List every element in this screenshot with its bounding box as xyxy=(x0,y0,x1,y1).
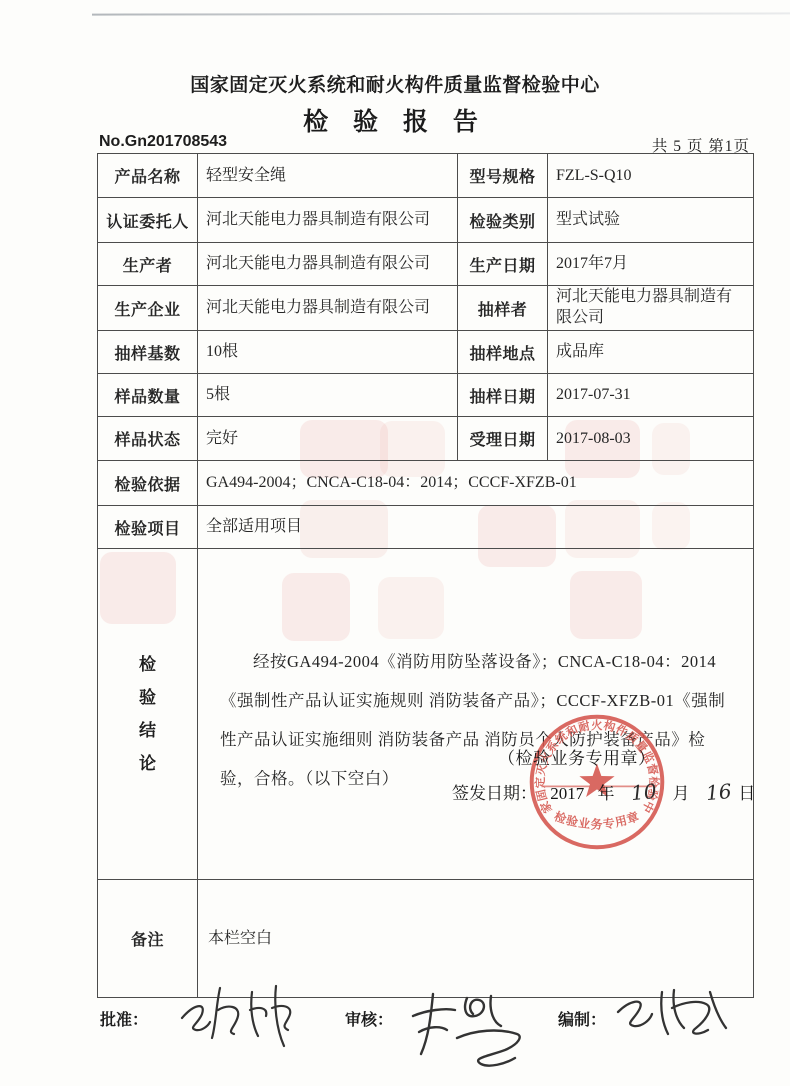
value-inspection-basis: GA494-2004；CNCA-C18-04：2014；CCCF-XFZB-01 xyxy=(198,461,754,506)
value-sampling-location: 成品库 xyxy=(548,331,754,374)
value-sample-quantity: 5根 xyxy=(198,374,458,417)
seal-note: （检验业务专用章） xyxy=(498,744,698,769)
label-sample-base: 抽样基数 xyxy=(98,331,198,374)
label-producer: 生产者 xyxy=(98,243,198,286)
issue-day-unit: 日 xyxy=(738,779,755,804)
label-inspection-items: 检验项目 xyxy=(98,506,198,549)
table-row: 产品名称 轻型安全绳 型号规格 FZL-S-Q10 xyxy=(98,154,754,198)
report-table: 产品名称 轻型安全绳 型号规格 FZL-S-Q10 认证委托人 河北天能电力器具… xyxy=(97,153,754,998)
label-cert-client: 认证委托人 xyxy=(98,198,198,243)
label-sampling-date: 抽样日期 xyxy=(458,374,548,417)
review-signature xyxy=(405,988,530,1078)
issue-day-handwritten: 16 xyxy=(705,779,732,805)
label-inspection-category: 检验类别 xyxy=(458,198,548,243)
label-model-spec: 型号规格 xyxy=(458,154,548,198)
value-inspection-category: 型式试验 xyxy=(548,198,754,243)
conclusion-cell: 经按GA494-2004《消防用防坠落设备》；CNCA-C18-04：2014《… xyxy=(198,549,754,880)
label-sampler: 抽样者 xyxy=(458,286,548,331)
center-name: 国家固定灭火系统和耐火构件质量监督检验中心 xyxy=(0,70,790,97)
approve-label: 批准： xyxy=(100,1007,148,1030)
value-sampling-date: 2017-07-31 xyxy=(548,374,754,417)
label-sample-quantity: 样品数量 xyxy=(98,374,198,417)
issue-year: 2017 xyxy=(550,784,584,804)
label-sampling-location: 抽样地点 xyxy=(458,331,548,374)
value-sample-base: 10根 xyxy=(198,331,458,374)
report-number: No.Gn201708543 xyxy=(99,133,227,151)
value-production-date: 2017年7月 xyxy=(548,243,754,286)
issue-date-line: 签发日期： 2017 年 10 月 16 日 xyxy=(452,779,752,804)
table-row: 生产者 河北天能电力器具制造有限公司 生产日期 2017年7月 xyxy=(98,243,754,286)
value-acceptance-date: 2017-08-03 xyxy=(548,417,754,461)
conclusion-label-text: 检验结论 xyxy=(137,648,159,780)
label-inspection-basis: 检验依据 xyxy=(98,461,198,506)
label-manufacturer: 生产企业 xyxy=(98,286,198,331)
label-sample-condition: 样品状态 xyxy=(98,417,198,461)
value-sample-condition: 完好 xyxy=(198,417,458,461)
prepare-signature xyxy=(610,982,730,1047)
issue-month-unit: 月 xyxy=(672,779,689,804)
value-inspection-items: 全部适用项目 xyxy=(198,506,754,549)
conclusion-row: 检验结论 经按GA494-2004《消防用防坠落设备》；CNCA-C18-04：… xyxy=(98,549,754,880)
value-product-name: 轻型安全绳 xyxy=(198,154,458,198)
table-row: 认证委托人 河北天能电力器具制造有限公司 检验类别 型式试验 xyxy=(98,198,754,243)
issue-month-handwritten: 10 xyxy=(630,779,657,805)
value-sampler: 河北天能电力器具制造有限公司 xyxy=(548,286,754,331)
label-product-name: 产品名称 xyxy=(98,154,198,198)
label-acceptance-date: 受理日期 xyxy=(458,417,548,461)
label-conclusion: 检验结论 xyxy=(98,549,198,880)
prepare-label: 编制： xyxy=(558,1007,606,1030)
table-row: 检验项目 全部适用项目 xyxy=(98,506,754,549)
value-producer: 河北天能电力器具制造有限公司 xyxy=(198,243,458,286)
value-manufacturer: 河北天能电力器具制造有限公司 xyxy=(198,286,458,331)
review-label: 审核： xyxy=(345,1007,393,1030)
scan-edge-artifact xyxy=(92,12,790,15)
issue-year-unit: 年 xyxy=(598,779,615,804)
table-row: 检验依据 GA494-2004；CNCA-C18-04：2014；CCCF-XF… xyxy=(98,461,754,506)
remark-value: 本栏空白 xyxy=(208,928,743,950)
value-model-spec: FZL-S-Q10 xyxy=(548,154,754,198)
label-production-date: 生产日期 xyxy=(458,243,548,286)
issue-date-label: 签发日期： xyxy=(452,779,537,804)
value-cert-client: 河北天能电力器具制造有限公司 xyxy=(198,198,458,243)
table-row: 生产企业 河北天能电力器具制造有限公司 抽样者 河北天能电力器具制造有限公司 xyxy=(98,286,754,331)
approve-signature xyxy=(172,980,307,1055)
table-row: 抽样基数 10根 抽样地点 成品库 xyxy=(98,331,754,374)
table-row: 样品数量 5根 抽样日期 2017-07-31 xyxy=(98,374,754,417)
report-page: 国家固定灭火系统和耐火构件质量监督检验中心 检 验 报 告 No.Gn20170… xyxy=(0,0,790,1086)
table-row: 样品状态 完好 受理日期 2017-08-03 xyxy=(98,417,754,461)
conclusion-text: 经按GA494-2004《消防用防坠落设备》；CNCA-C18-04：2014《… xyxy=(220,643,731,798)
